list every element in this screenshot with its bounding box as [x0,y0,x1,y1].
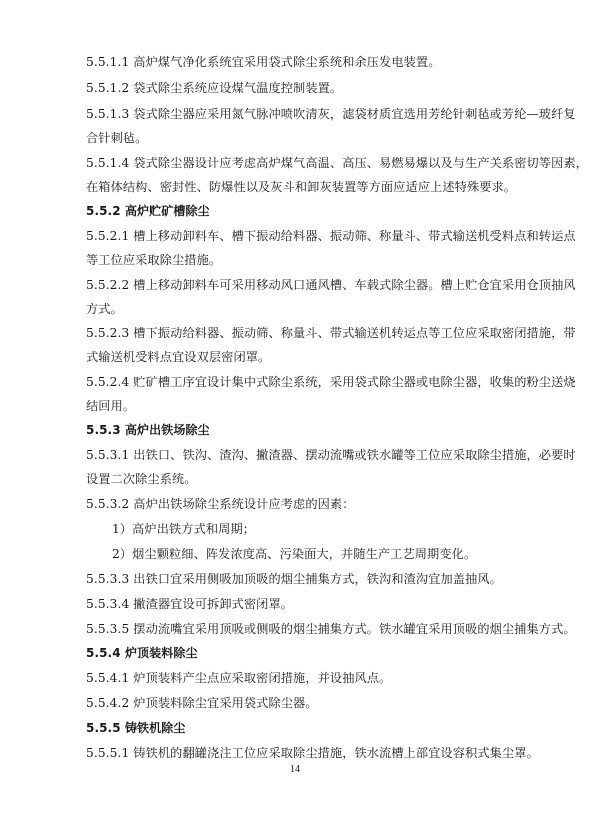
clause-5-5-2-2: 5.5.2.2 槽上移动卸料车可采用移动风口通风槽、车载式除尘器。槽上贮仓宜采用… [86,277,506,293]
clause-5-5-2-4: 5.5.2.4 贮矿槽工序宜设计集中式除尘系统，采用袋式除尘器或电除尘器，收集的… [86,374,506,390]
list-item-1: 1）高炉出铁方式和周期； [112,521,532,537]
section-heading-5-5-3: 5.5.3 高炉出铁场除尘 [86,422,506,438]
clause-5-5-2-2-cont: 方式。 [86,301,506,317]
clause-5-5-3-3: 5.5.3.3 出铁口宜采用侧吸加顶吸的烟尘捕集方式，铁沟和渣沟宜加盖抽风。 [86,571,506,587]
clause-5-5-2-1-cont: 等工位应采取除尘措施。 [86,252,506,268]
section-heading-5-5-5: 5.5.5 铸铁机除尘 [86,720,506,736]
clause-5-5-3-1: 5.5.3.1 出铁口、铁沟、渣沟、撇渣器、摆动流嘴或铁水罐等工位应采取除尘措施… [86,447,506,463]
list-item-2: 2）烟尘颗粒细、阵发浓度高、污染面大，并随生产工艺周期变化。 [112,546,532,562]
clause-5-5-1-3: 5.5.1.3 袋式除尘器应采用氮气脉冲喷吹清灰，滤袋材质宜选用芳纶针刺毡或芳纶… [86,106,506,122]
clause-5-5-1-2: 5.5.1.2 袋式除尘系统应设煤气温度控制装置。 [86,80,506,96]
clause-5-5-3-4: 5.5.3.4 撇渣器宜设可拆卸式密闭罩。 [86,596,506,612]
clause-5-5-3-1-cont: 设置二次除尘系统。 [86,471,506,487]
page-number: 14 [0,764,590,775]
clause-5-5-1-4-cont: 在箱体结构、密封性、防爆性以及灰斗和卸灰装置等方面应适应上述特殊要求。 [86,179,506,195]
clause-5-5-1-4: 5.5.1.4 袋式除尘器设计应考虑高炉煤气高温、高压、易燃易爆以及与生产关系密… [86,155,506,171]
document-page: 5.5.1.1 高炉煤气净化系统宜采用袋式除尘系统和余压发电装置。 5.5.1.… [0,0,590,822]
clause-5-5-2-3: 5.5.2.3 槽下振动给料器、振动筛、称量斗、带式输送机转运点等工位应采取密闭… [86,325,506,341]
clause-5-5-4-1: 5.5.4.1 炉顶装料产尘点应采取密闭措施，并设抽风点。 [86,670,506,686]
clause-5-5-3-5: 5.5.3.5 摆动流嘴宜采用顶吸或侧吸的烟尘捕集方式。铁水罐宜采用顶吸的烟尘捕… [86,621,506,637]
clause-5-5-5-1: 5.5.5.1 铸铁机的翻罐浇注工位应采取除尘措施，铁水流槽上部宜设容积式集尘罩… [86,745,506,761]
clause-5-5-4-2: 5.5.4.2 炉顶装料除尘宜采用袋式除尘器。 [86,695,506,711]
clause-5-5-2-1: 5.5.2.1 槽上移动卸料车、槽下振动给料器、振动筛、称量斗、带式输送机受料点… [86,228,506,244]
clause-5-5-2-4-cont: 结回用。 [86,398,506,414]
clause-5-5-3-2: 5.5.3.2 高炉出铁场除尘系统设计应考虑的因素： [86,496,506,512]
clause-5-5-2-3-cont: 式输送机受料点宜设双层密闭罩。 [86,349,506,365]
clause-5-5-1-3-cont: 合针刺毡。 [86,130,506,146]
clause-5-5-1-1: 5.5.1.1 高炉煤气净化系统宜采用袋式除尘系统和余压发电装置。 [86,54,506,70]
section-heading-5-5-4: 5.5.4 炉顶装料除尘 [86,645,506,661]
section-heading-5-5-2: 5.5.2 高炉贮矿槽除尘 [86,203,506,219]
